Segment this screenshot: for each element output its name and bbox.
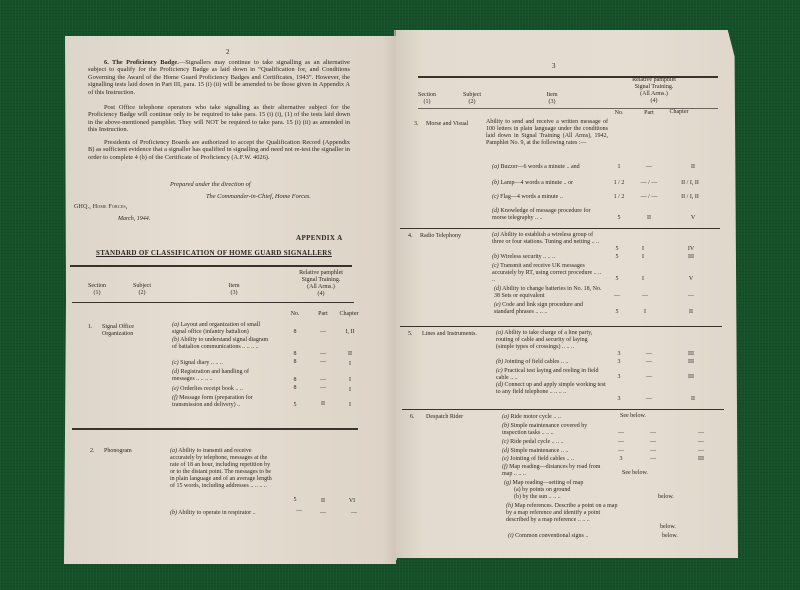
list-item: (e) Code and link sign procedure and sta…: [494, 302, 604, 316]
header-part: Part: [314, 311, 332, 318]
header-no: No.: [286, 311, 304, 318]
list-item: (d) Simple maintenance .. ..: [502, 448, 612, 455]
list-item: (b) Wireless security .. .. ..: [492, 254, 602, 261]
list-item: (a) Ability to transmit and receive accu…: [170, 448, 274, 490]
header-rule: [72, 302, 354, 303]
page-number: 2: [226, 48, 230, 56]
list-item: (c) Flag—4 words a minute ..: [492, 194, 602, 201]
list-item: (e) Jointing of field cables .. ..: [502, 456, 612, 463]
header-item: Item(3): [532, 92, 572, 106]
appendix-heading: APPENDIX A: [296, 234, 343, 242]
list-item: (c) Ride pedal cycle .. .. ..: [502, 439, 612, 446]
left-page: 2 6. The Proficiency Badge.—Signallers m…: [64, 36, 396, 564]
list-item: (d) Ability to change batteries in No. 1…: [494, 286, 604, 300]
section-number: 4.: [408, 233, 413, 240]
header-subject: Subject(2): [122, 283, 162, 297]
subject-phonogram: Phonogram: [104, 448, 132, 455]
header-subject: Subject(2): [452, 92, 492, 106]
header-part: Part: [640, 110, 658, 117]
list-item: (b) Ability to operate in respirator ..: [170, 510, 290, 517]
list-item: (b) Lamp—4 words a minute .. or: [492, 180, 602, 187]
list-item: (i) Common conventional signs ..: [508, 533, 624, 540]
right-page: 3 Section(1) Subject(2) Item(3) Relative…: [396, 30, 738, 558]
section-number: 6.: [410, 414, 415, 421]
list-item: (e) Orderlies receipt book .. ..: [172, 386, 272, 393]
subject-morse-visual: Morse and Visual: [426, 121, 468, 128]
list-item: (f) Map reading—distances by road from m…: [502, 464, 612, 478]
date-text: March, 1944.: [118, 216, 150, 222]
header-section: Section(1): [412, 92, 442, 106]
presidents-paragraph: Presidents of Proficiency Boards are aut…: [88, 139, 350, 161]
list-item: (b) Jointing of field cables .. ..: [496, 359, 606, 366]
list-item: (c) Signal diary .. .. ..: [172, 360, 272, 367]
section-6-paragraph: 6. The Proficiency Badge.—Signallers may…: [88, 59, 350, 96]
ghq-text: GHQ., Home Forces,: [74, 204, 128, 210]
morse-intro: Ability to send and receive a written me…: [486, 119, 608, 147]
list-item: (d) Knowledge of message procedure for m…: [492, 208, 602, 222]
prepared-under-text: Prepared under the direction of: [170, 181, 251, 188]
section-rule: [72, 428, 358, 430]
subject-signal-office: Signal OfficeOrganization: [102, 324, 134, 338]
list-item: (a) Buzzer—6 words a minute .. and: [492, 164, 602, 171]
list-item: (d) Connect up and apply simple working …: [496, 382, 606, 396]
list-item: (h) Map references. Describe a point on …: [506, 503, 622, 524]
section-rule: [402, 409, 724, 410]
header-no: No.: [610, 110, 628, 117]
subject-despatch-rider: Despatch Rider: [426, 414, 463, 421]
page-number: 3: [552, 62, 556, 70]
subject-lines-instruments: Lines and Instruments.: [422, 331, 478, 338]
list-item: (g) Map reading—setting of map(a) by poi…: [504, 480, 624, 501]
table-title: STANDARD OF CLASSIFICATION OF HOME GUARD…: [96, 249, 332, 257]
subject-radio-telephony: Radio Telephony: [420, 233, 461, 240]
list-item: (d) Registration and handling of message…: [172, 369, 272, 383]
post-office-paragraph: Post Office telephone operators who take…: [88, 104, 350, 134]
list-item: (a) Ability to take charge of a line par…: [496, 330, 606, 351]
header-section: Section(1): [82, 283, 112, 297]
table-top-rule: [70, 265, 352, 267]
list-item: (c) Transmit and receive UK messages acc…: [492, 263, 602, 284]
header-relative-pamphlet: Relative pamphletSignal Training.(All Ar…: [286, 270, 356, 298]
list-item: (b) Simple maintenance covered by inspec…: [502, 423, 612, 437]
list-item: (c) Practical test laying and reeling in…: [496, 368, 606, 382]
list-item: (b) Ability to understand signal diagram…: [172, 337, 272, 351]
list-item: (f) Message form (preparation for transm…: [172, 395, 272, 409]
commander-text: The Commander-in-Chief, Home Forces.: [206, 193, 311, 200]
section-rule: [400, 228, 720, 229]
list-item: (a) Ride motor cycle .. ..: [502, 414, 612, 421]
section-6-heading: 6. The Proficiency Badge.: [104, 59, 179, 66]
section-number: 5.: [408, 331, 413, 338]
section-rule: [400, 326, 722, 327]
section-number: 1.: [88, 324, 93, 331]
header-chapter: Chapter: [336, 311, 362, 318]
section-number: 3.: [414, 121, 419, 128]
list-item: (a) Ability to establish a wireless grou…: [492, 232, 602, 246]
header-item: Item(3): [214, 283, 254, 297]
header-relative-pamphlet: Relative pamphletSignal Training.(All Ar…: [614, 77, 694, 105]
section-number: 2.: [90, 448, 95, 455]
header-chapter: Chapter: [664, 109, 694, 116]
list-item: (a) Layout and organization of small sig…: [172, 322, 272, 336]
